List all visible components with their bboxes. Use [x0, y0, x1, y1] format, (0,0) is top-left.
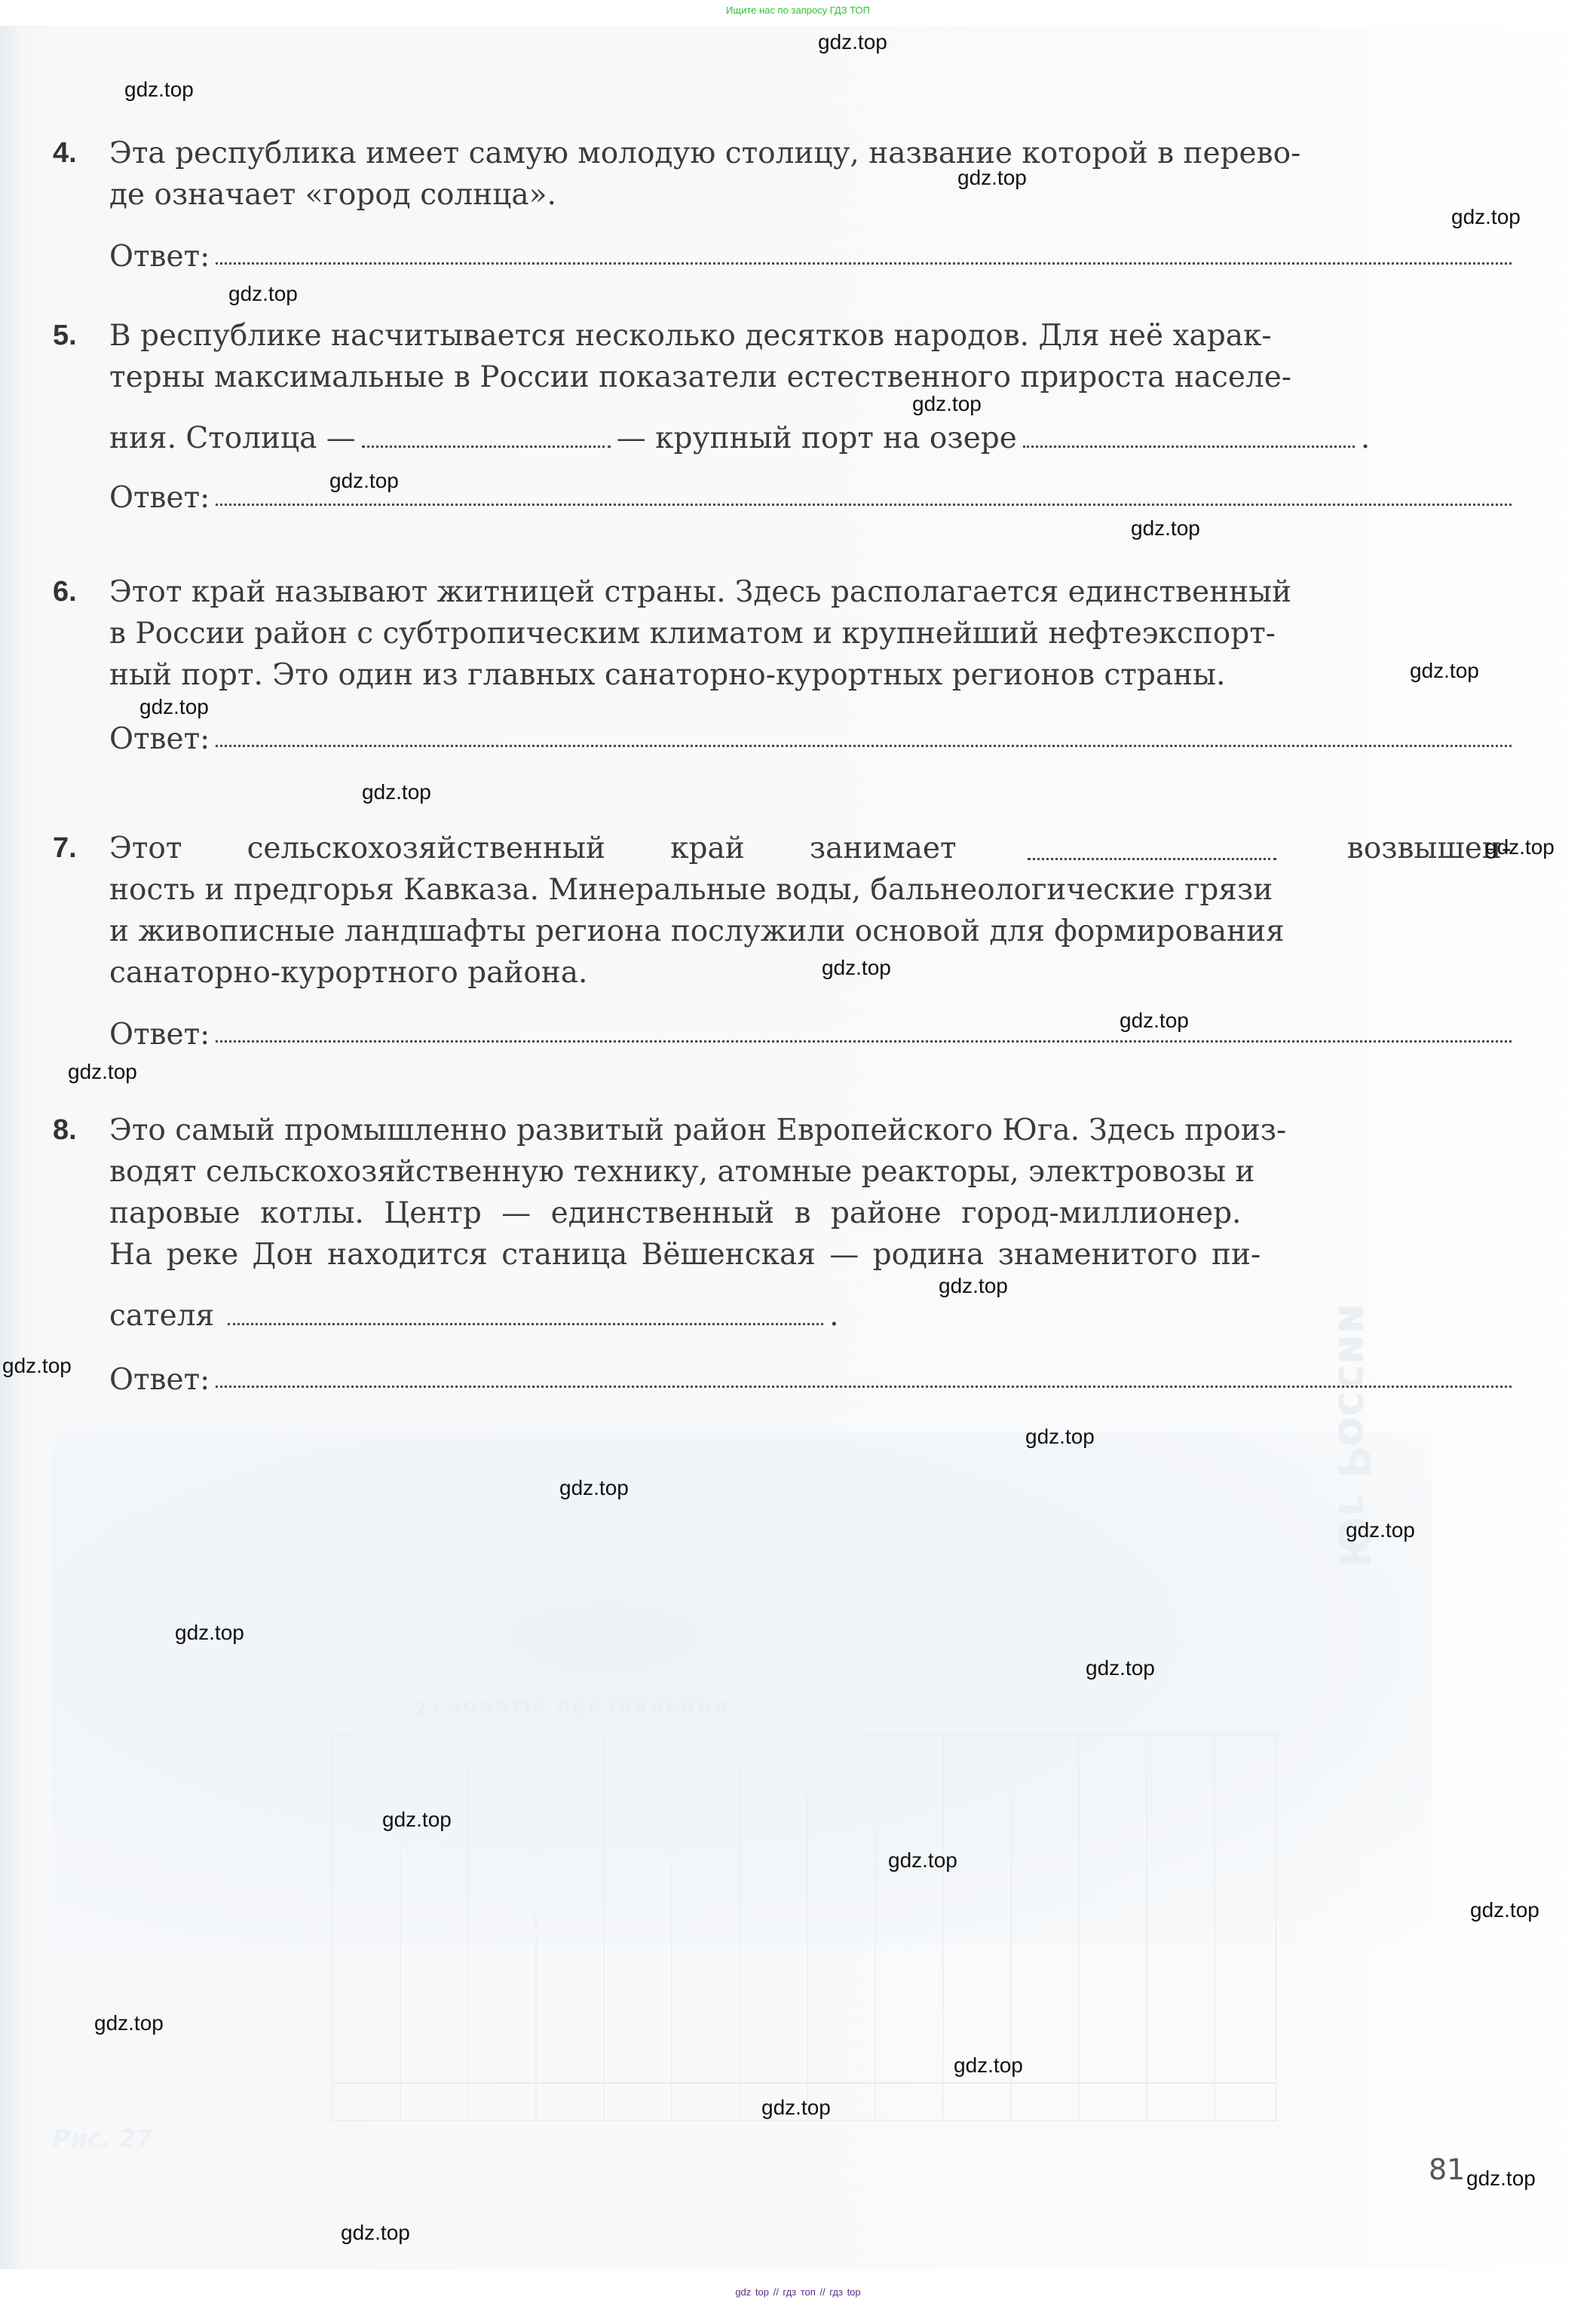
text-fragment: . [829, 1299, 838, 1333]
watermark: gdz.top [341, 2221, 410, 2245]
answer-field-7[interactable]: Ответ: [109, 1018, 1512, 1052]
answer-dotted-line[interactable] [216, 1385, 1512, 1388]
watermark: gdz.top [559, 1476, 629, 1500]
ghost-figure-caption: Рис. 27 [53, 2124, 153, 2153]
watermark: gdz.top [957, 166, 1027, 190]
watermark: gdz.top [954, 2053, 1023, 2078]
watermark: gdz.top [94, 2011, 164, 2035]
text-fragment: край [670, 828, 745, 869]
task-text-line: Этот край называют житницей страны. Здес… [109, 571, 1512, 613]
task-text-line: терны максимальные в России показатели е… [109, 357, 1512, 398]
watermark: gdz.top [1466, 2167, 1536, 2191]
task-text-line: Это самый промышленно развитый район Евр… [109, 1110, 1512, 1151]
answer-dotted-line[interactable] [216, 744, 1512, 747]
watermark: gdz.top [382, 1808, 452, 1832]
watermark: gdz.top [329, 469, 399, 493]
task-text-line: санаторно-курортного района. [109, 952, 1512, 994]
watermark: gdz.top [1120, 1009, 1189, 1033]
watermark: gdz.top [1086, 1656, 1155, 1680]
task-number: 8. [53, 1110, 98, 1151]
task-text-line: водят сельскохозяйственную технику, атом… [109, 1151, 1512, 1193]
watermark: gdz.top [1131, 516, 1200, 541]
task-number: 6. [53, 571, 98, 613]
task-text-line-blanks: ния. Столица —— крупный порт на озере. [109, 418, 1512, 459]
task-text-line: Эта республика имеет самую молодую столи… [109, 133, 1512, 174]
task-text-line: В республике насчитывается несколько дес… [109, 315, 1512, 357]
answer-label: Ответ: [109, 240, 210, 274]
task-number: 5. [53, 315, 98, 357]
blank-lake[interactable] [1023, 445, 1355, 448]
watermark: gdz.top [912, 392, 982, 416]
answer-dotted-line[interactable] [216, 503, 1512, 506]
text-fragment: — крупный порт на озере [617, 421, 1017, 455]
text-fragment: Этот [109, 828, 182, 869]
watermark: gdz.top [1451, 205, 1521, 229]
task-text-line: ность и предгорья Кавказа. Минеральные в… [109, 869, 1512, 911]
watermark: gdz.top [139, 695, 209, 719]
task-text-line: в России район с субтропическим климатом… [109, 613, 1512, 654]
answer-dotted-line[interactable] [216, 262, 1512, 265]
answer-field-8[interactable]: Ответ: [109, 1363, 1512, 1397]
ghost-legend-title: Условные обозначения [347, 1696, 799, 1719]
watermark: gdz.top [68, 1060, 137, 1084]
watermark: gdz.top [124, 78, 194, 102]
answer-field-5[interactable]: Ответ: [109, 481, 1512, 515]
answer-label: Ответ: [109, 1018, 210, 1052]
answer-label: Ответ: [109, 481, 210, 515]
watermark: gdz.top [822, 956, 891, 980]
bottom-banner[interactable]: gdz top // гдз топ // гдз top [0, 2269, 1596, 2306]
task-text-line: де означает «город солнца». [109, 174, 1512, 216]
answer-label: Ответ: [109, 1363, 210, 1397]
watermark: gdz.top [1485, 835, 1555, 859]
watermark: gdz.top [1410, 659, 1479, 683]
task-text-line-blank: Этот сельскохозяйственный край занимает … [109, 828, 1512, 869]
task-text-line: ный порт. Это один из главных санаторно-… [109, 654, 1512, 696]
answer-field-6[interactable]: Ответ: [109, 722, 1512, 756]
watermark: gdz.top [362, 780, 431, 804]
answer-field-4[interactable]: Ответ: [109, 240, 1512, 274]
watermark: gdz.top [888, 1848, 957, 1873]
watermark: gdz.top [818, 30, 887, 54]
text-fragment: занимает [810, 828, 957, 869]
task-number: 7. [53, 828, 98, 869]
watermark: gdz.top [228, 282, 298, 306]
task-text-line: На реке Дон находится станица Вёшенская … [109, 1234, 1512, 1275]
watermark: gdz.top [175, 1621, 244, 1645]
watermark: gdz.top [761, 2096, 831, 2120]
top-banner[interactable]: Ищите нас по запросу ГДЗ ТОП [0, 0, 1596, 26]
blank-capital[interactable] [362, 445, 611, 448]
answer-label: Ответ: [109, 722, 210, 756]
task-text-line: паровые котлы. Центр — единственный в ра… [109, 1193, 1512, 1234]
text-fragment: сателя [109, 1299, 214, 1333]
watermark: gdz.top [1346, 1518, 1415, 1542]
blank-writer[interactable] [228, 1322, 823, 1325]
watermark: gdz.top [2, 1354, 72, 1378]
text-fragment: сельскохозяйственный [247, 828, 605, 869]
task-text-line-blank: сателя. [109, 1295, 1512, 1337]
answer-dotted-line[interactable] [216, 1040, 1512, 1043]
blank-upland[interactable] [1028, 857, 1276, 860]
task-text-line: и живописные ландшафты региона послужили… [109, 911, 1512, 952]
watermark: gdz.top [1025, 1425, 1095, 1449]
task-number: 4. [53, 133, 98, 174]
text-fragment: ния. Столица — [109, 421, 356, 455]
watermark: gdz.top [939, 1274, 1008, 1298]
watermark: gdz.top [1470, 1898, 1539, 1922]
text-fragment: . [1361, 421, 1370, 455]
page-number: 81 [1429, 2153, 1465, 2186]
